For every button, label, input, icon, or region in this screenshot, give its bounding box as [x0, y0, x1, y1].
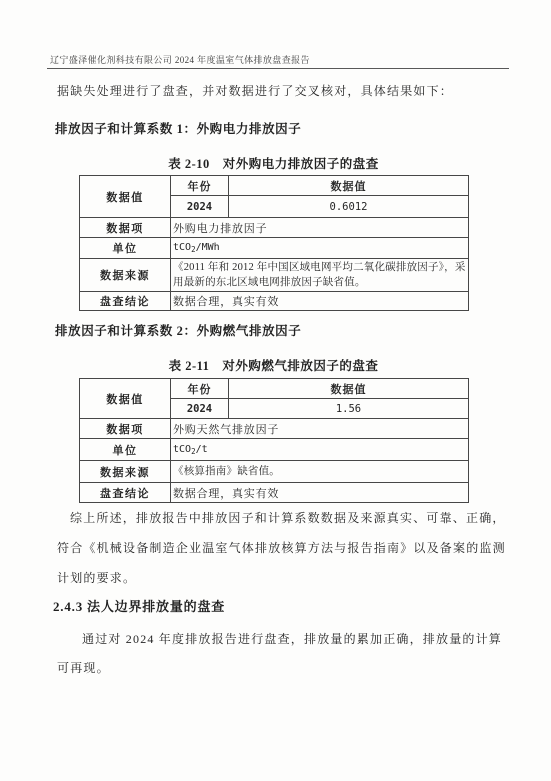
running-header-title: 辽宁盛泽催化剂科技有限公司 2024 年度温室气体排放盘查报告: [50, 55, 310, 65]
column-header-year: 年份: [171, 379, 229, 399]
source-cell: 《2011 年和 2012 年中国区域电网平均二氧化碳排放因子》，采用最新的东北…: [171, 259, 469, 292]
table-row: 数据值 年份 数据值: [80, 176, 469, 196]
row-label-data-value: 数据值: [80, 176, 171, 218]
running-header: 辽宁盛泽催化剂科技有限公司 2024 年度温室气体排放盘查报告: [50, 53, 506, 66]
table-row: 单位 tCO2/t: [80, 439, 469, 461]
table-2-11: 数据值 年份 数据值 2024 1.56 数据项 外购天然气排放因子 单位 tC…: [79, 378, 469, 503]
unit-cell: tCO2/MWh: [171, 238, 469, 259]
unit-prefix: tCO: [173, 444, 191, 455]
table-2-10: 数据值 年份 数据值 2024 0.6012 数据项 外购电力排放因子 单位 t…: [79, 175, 469, 311]
table-row: 数据值 年份 数据值: [80, 379, 469, 399]
closing-paragraph: 通过对 2024 年度排放报告进行盘查，排放量的累加正确，排放量的计算可再现。: [57, 625, 506, 683]
header-rule: [47, 68, 509, 69]
column-header-year: 年份: [171, 176, 229, 196]
summary-paragraph: 综上所述，排放报告中排放因子和计算系数数据及来源真实、可靠、正确，符合《机械设备…: [57, 503, 506, 593]
conclusion-cell: 数据合理，真实有效: [171, 292, 469, 311]
table-row: 数据来源 《2011 年和 2012 年中国区域电网平均二氧化碳排放因子》，采用…: [80, 259, 469, 292]
table-row: 盘查结论 数据合理，真实有效: [80, 292, 469, 311]
unit-suffix: /MWh: [196, 242, 220, 253]
column-header-value: 数据值: [229, 176, 469, 196]
column-header-value: 数据值: [229, 379, 469, 399]
row-label-conclusion: 盘查结论: [80, 483, 171, 503]
value-cell: 0.6012: [229, 196, 469, 218]
table-row: 数据来源 《核算指南》缺省值。: [80, 461, 469, 483]
row-label-data-item: 数据项: [80, 218, 171, 238]
row-label-unit: 单位: [80, 238, 171, 259]
table-row: 单位 tCO2/MWh: [80, 238, 469, 259]
data-item-cell: 外购天然气排放因子: [171, 419, 469, 439]
unit-prefix: tCO: [173, 242, 191, 253]
year-cell: 2024: [171, 399, 229, 419]
intro-paragraph: 据缺失处理进行了盘查，并对数据进行了交叉核对，具体结果如下：: [57, 83, 506, 100]
table-2-10-caption: 表 2-10 对外购电力排放因子的盘查: [79, 154, 468, 172]
source-cell: 《核算指南》缺省值。: [171, 461, 469, 483]
row-label-data-item: 数据项: [80, 419, 171, 439]
value-cell: 1.56: [229, 399, 469, 419]
row-label-source: 数据来源: [80, 461, 171, 483]
table-2-11-caption: 表 2-11 对外购燃气排放因子的盘查: [79, 356, 468, 374]
factor-heading-1: 排放因子和计算系数 1：外购电力排放因子: [55, 119, 301, 137]
table-row: 盘查结论 数据合理，真实有效: [80, 483, 469, 503]
conclusion-cell: 数据合理，真实有效: [171, 483, 469, 503]
data-item-cell: 外购电力排放因子: [171, 218, 469, 238]
document-page: 辽宁盛泽催化剂科技有限公司 2024 年度温室气体排放盘查报告 据缺失处理进行了…: [0, 0, 551, 781]
row-label-source: 数据来源: [80, 259, 171, 292]
year-cell: 2024: [171, 196, 229, 218]
unit-suffix: /t: [196, 444, 208, 455]
factor-heading-2: 排放因子和计算系数 2：外购燃气排放因子: [55, 321, 301, 339]
row-label-data-value: 数据值: [80, 379, 171, 419]
table-row: 数据项 外购天然气排放因子: [80, 419, 469, 439]
unit-cell: tCO2/t: [171, 439, 469, 461]
table-row: 数据项 外购电力排放因子: [80, 218, 469, 238]
row-label-unit: 单位: [80, 439, 171, 461]
subsection-heading-2-4-3: 2.4.3 法人边界排放量的盘查: [53, 596, 225, 615]
row-label-conclusion: 盘查结论: [80, 292, 171, 311]
